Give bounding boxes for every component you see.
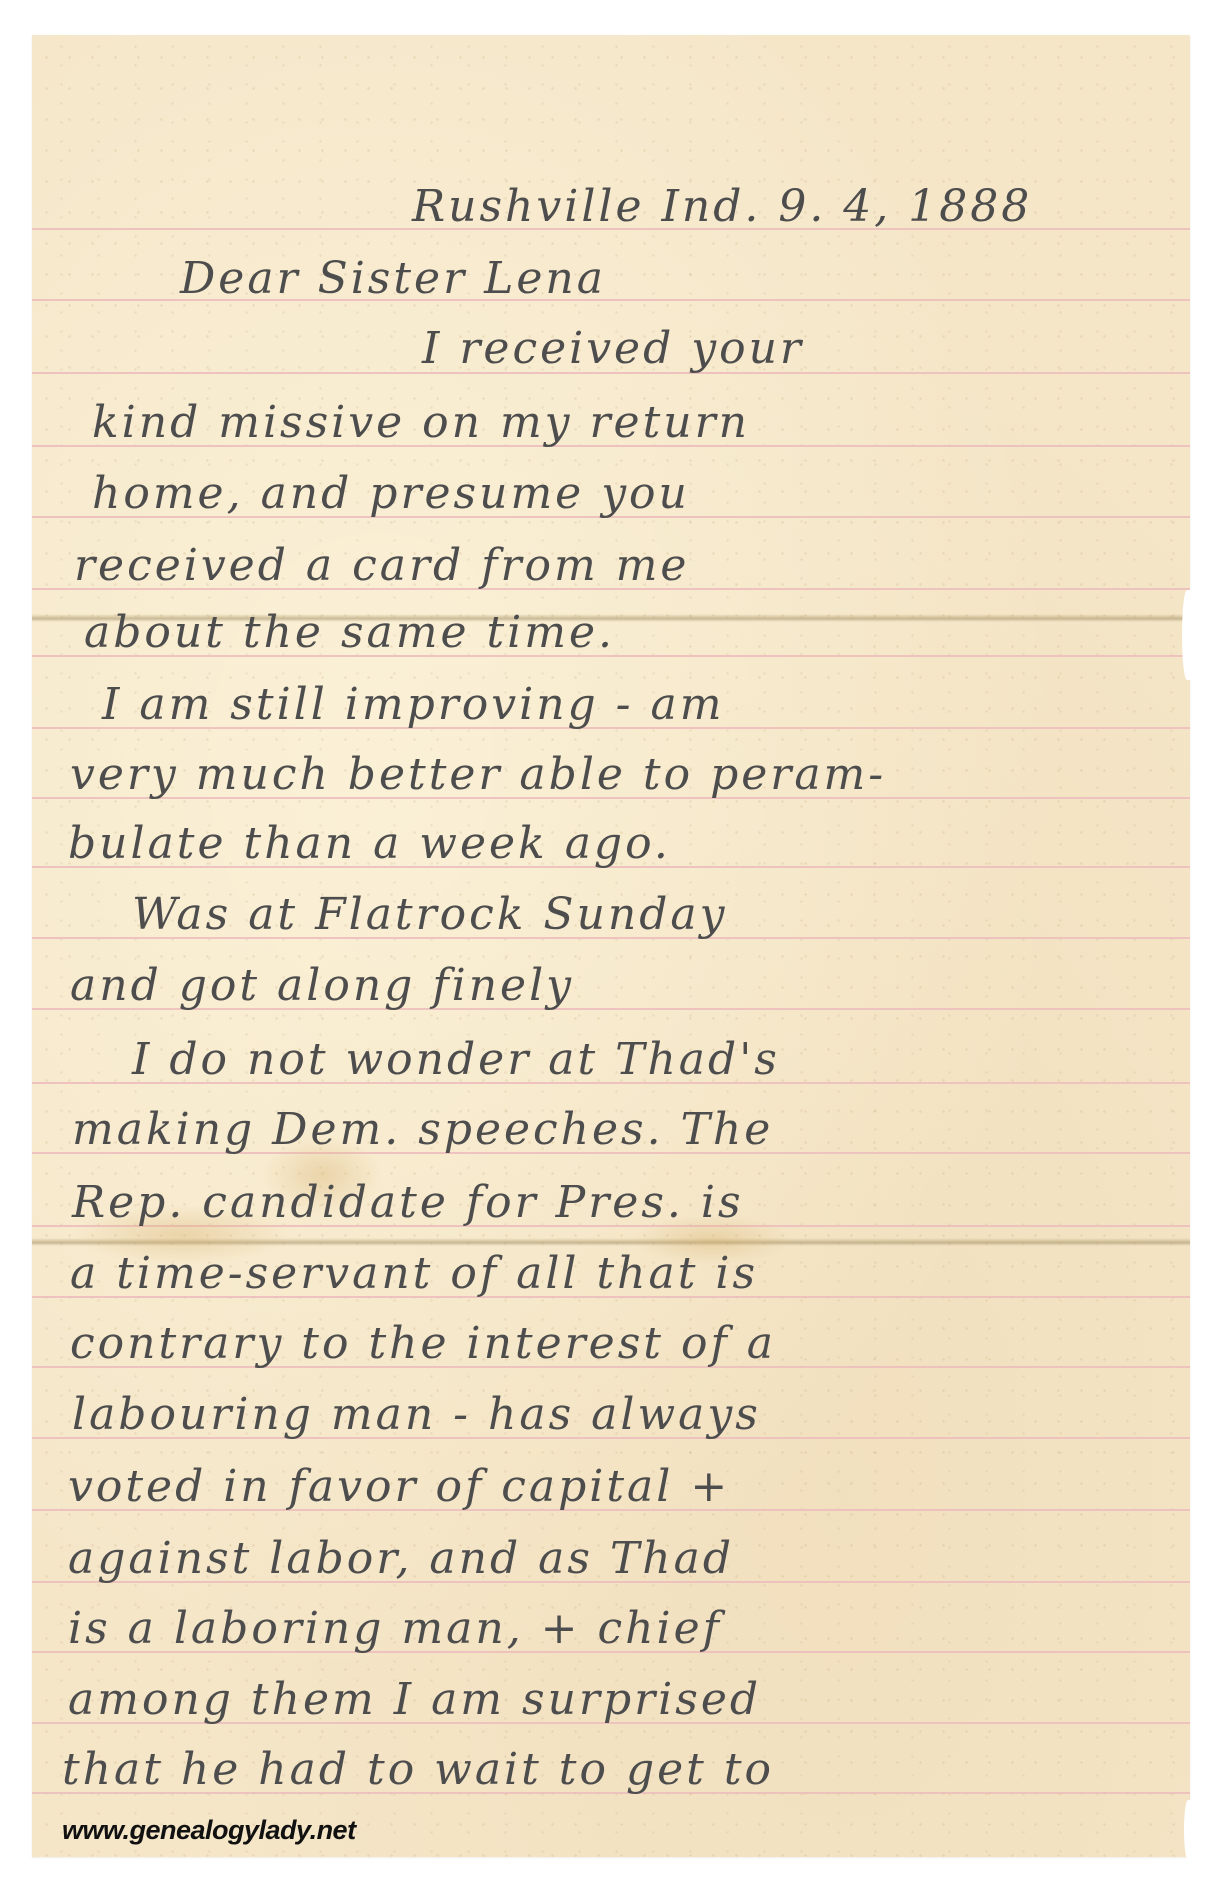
letter-line: very much better able to peram- [70,753,886,797]
letter-line: I do not wonder at Thad's [132,1038,780,1082]
letter-salutation: Dear Sister Lena [180,257,606,301]
letter-line: and got along finely [70,964,574,1008]
letter-line: bulate than a week ago. [68,822,671,866]
letter-line: home, and presume you [92,472,690,516]
letter-line: I am still improving - am [102,683,725,727]
letter-line: is a laboring man, + chief [68,1607,722,1651]
letter-line: that he had to wait to get to [62,1748,774,1792]
letter-date-line: Rushville Ind. 9. 4, 1888 [412,185,1032,229]
letter-line: voted in favor of capital + [68,1465,730,1509]
letter-line: received a card from me [74,544,689,588]
letter-line: Was at Flatrock Sunday [132,893,728,937]
letter-line: among them I am surprised [68,1678,761,1722]
site-watermark: www.genealogylady.net [62,1815,356,1846]
letter-line: a time-servant of all that is [70,1252,758,1296]
letter-page: Rushville Ind. 9. 4, 1888 Dear Sister Le… [32,35,1190,1857]
letter-line: Rep. candidate for Pres. is [72,1181,744,1225]
letter-line: against labor, and as Thad [68,1537,734,1581]
letter-line: making Dem. speeches. The [72,1108,773,1152]
letter-line: I received your [422,327,804,371]
letter-line: kind missive on my return [92,401,750,445]
letter-line: contrary to the interest of a [70,1322,776,1366]
letter-line: about the same time. [84,611,615,655]
torn-edge [1184,1800,1192,1860]
torn-edge [1182,590,1192,680]
letter-line: labouring man - has always [72,1393,761,1437]
